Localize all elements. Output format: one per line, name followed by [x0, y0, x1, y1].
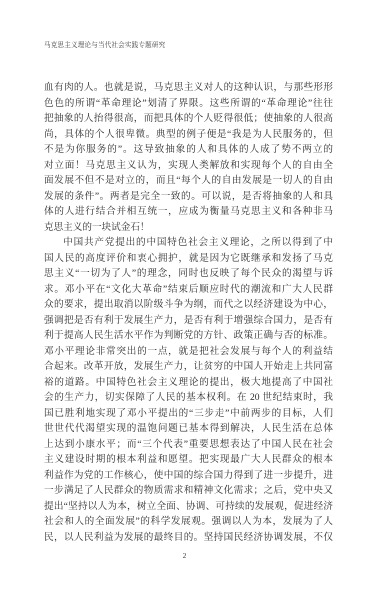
text-line: 社会和人的全面发展”的科学发展观。强调以人为本，发展为了人: [44, 514, 333, 530]
text-line: 合起来。改革开放，发展生产力，让贫穷的中国人开始走上共同富: [44, 359, 333, 375]
page-number: 2: [0, 551, 369, 560]
text-line: 把抽象的人抬得很高，而把具体的个人贬得很低；使抽象的人很高: [44, 111, 333, 127]
text-line: 对立面！马克思主义认为，实现人类解放和实现每个人的自由全: [44, 158, 333, 174]
text-line: 众的要求，提出取消以阶级斗争为纲，而代之以经济建设为中心，: [44, 297, 333, 313]
text-line: 民，以人民利益为发展的最终目的。坚持国民经济协调发展，不仅: [44, 530, 333, 546]
text-line: 利于提高人民生活水平作为判断党的方针、政策正确与否的标准。: [44, 328, 333, 344]
running-head: 马克思主义理论与当代社会实践专题研究: [44, 42, 165, 50]
text-line: 国已胜利地实现了邓小平提出的“三步走”中前两步的目标，人们: [44, 406, 333, 422]
text-line: 发展的条件”。两者是完全一致的。可以说，是否将抽象的人和具: [44, 189, 333, 205]
text-line: 血有肉的人。也就是说，马克思主义对人的这种认识，与那些形形: [44, 80, 333, 96]
text-line: 尚，具体的个人很卑微。典型的例子便是“我是为人民服务的，但: [44, 127, 333, 143]
text-line: 国人民的高度评价和衷心拥护，就是因为它既继承和发扬了马克: [44, 251, 333, 267]
text-line: 强调把是否有利于发展生产力，是否有利于增强综合国力，是否有: [44, 313, 333, 329]
text-line: 上达到小康水平；而“三个代表”重要思想表达了中国人民在社会: [44, 437, 333, 453]
text-line: 会的生产力，切实保障了人民的基本权利。在 20 世纪结束时，我: [44, 390, 333, 406]
text-line: 裕的道路。中国特色社会主义理论的提出，极大地提高了中国社: [44, 375, 333, 391]
text-line: 色色的所谓“革命理论”划清了界限。这些所谓的“革命理论”往往: [44, 96, 333, 112]
text-line: 利益作为党的工作核心，使中国的综合国力得到了进一步提升，进: [44, 468, 333, 484]
text-line: 世世代代渴望实现的温饱问题已基本得到解决，人民生活在总体: [44, 421, 333, 437]
text-line: 面发展不但不是对立的，而且“每个人的自由发展是一切人的自由: [44, 173, 333, 189]
book-page: 马克思主义理论与当代社会实践专题研究 血有肉的人。也就是说，马克思主义对人的这种…: [0, 0, 369, 616]
text-line: 主义建设时期的根本利益和愿望。把实现最广大人民群众的根本: [44, 452, 333, 468]
text-line: 求。邓小平在“文化大革命”结束后顺应时代的潮流和广大人民群: [44, 282, 333, 298]
text-line: 思主义“一切为了人”的理念，同时也反映了每个民众的渴望与诉: [44, 266, 333, 282]
text-line: 克思主义的一块试金石！: [44, 220, 333, 236]
text-line: 邓小平理论非常突出的一点，就是把社会发展与每个人的利益结: [44, 344, 333, 360]
text-line: 一步满足了人民群众的物质需求和精神文化需求；之后，党中央又: [44, 483, 333, 499]
text-line: 不是为你服务的”。这导致抽象的人和具体的人成了势不两立的: [44, 142, 333, 158]
text-line: 提出“坚持以人为本，树立全面、协调、可持续的发展观，促进经济: [44, 499, 333, 515]
text-line: 体的人进行结合并相互统一，应成为衡量马克思主义和各种非马: [44, 204, 333, 220]
body-text: 血有肉的人。也就是说，马克思主义对人的这种认识，与那些形形色色的所谓“革命理论”…: [44, 80, 333, 545]
text-line: 中国共产党提出的中国特色社会主义理论，之所以得到了中: [44, 235, 333, 251]
